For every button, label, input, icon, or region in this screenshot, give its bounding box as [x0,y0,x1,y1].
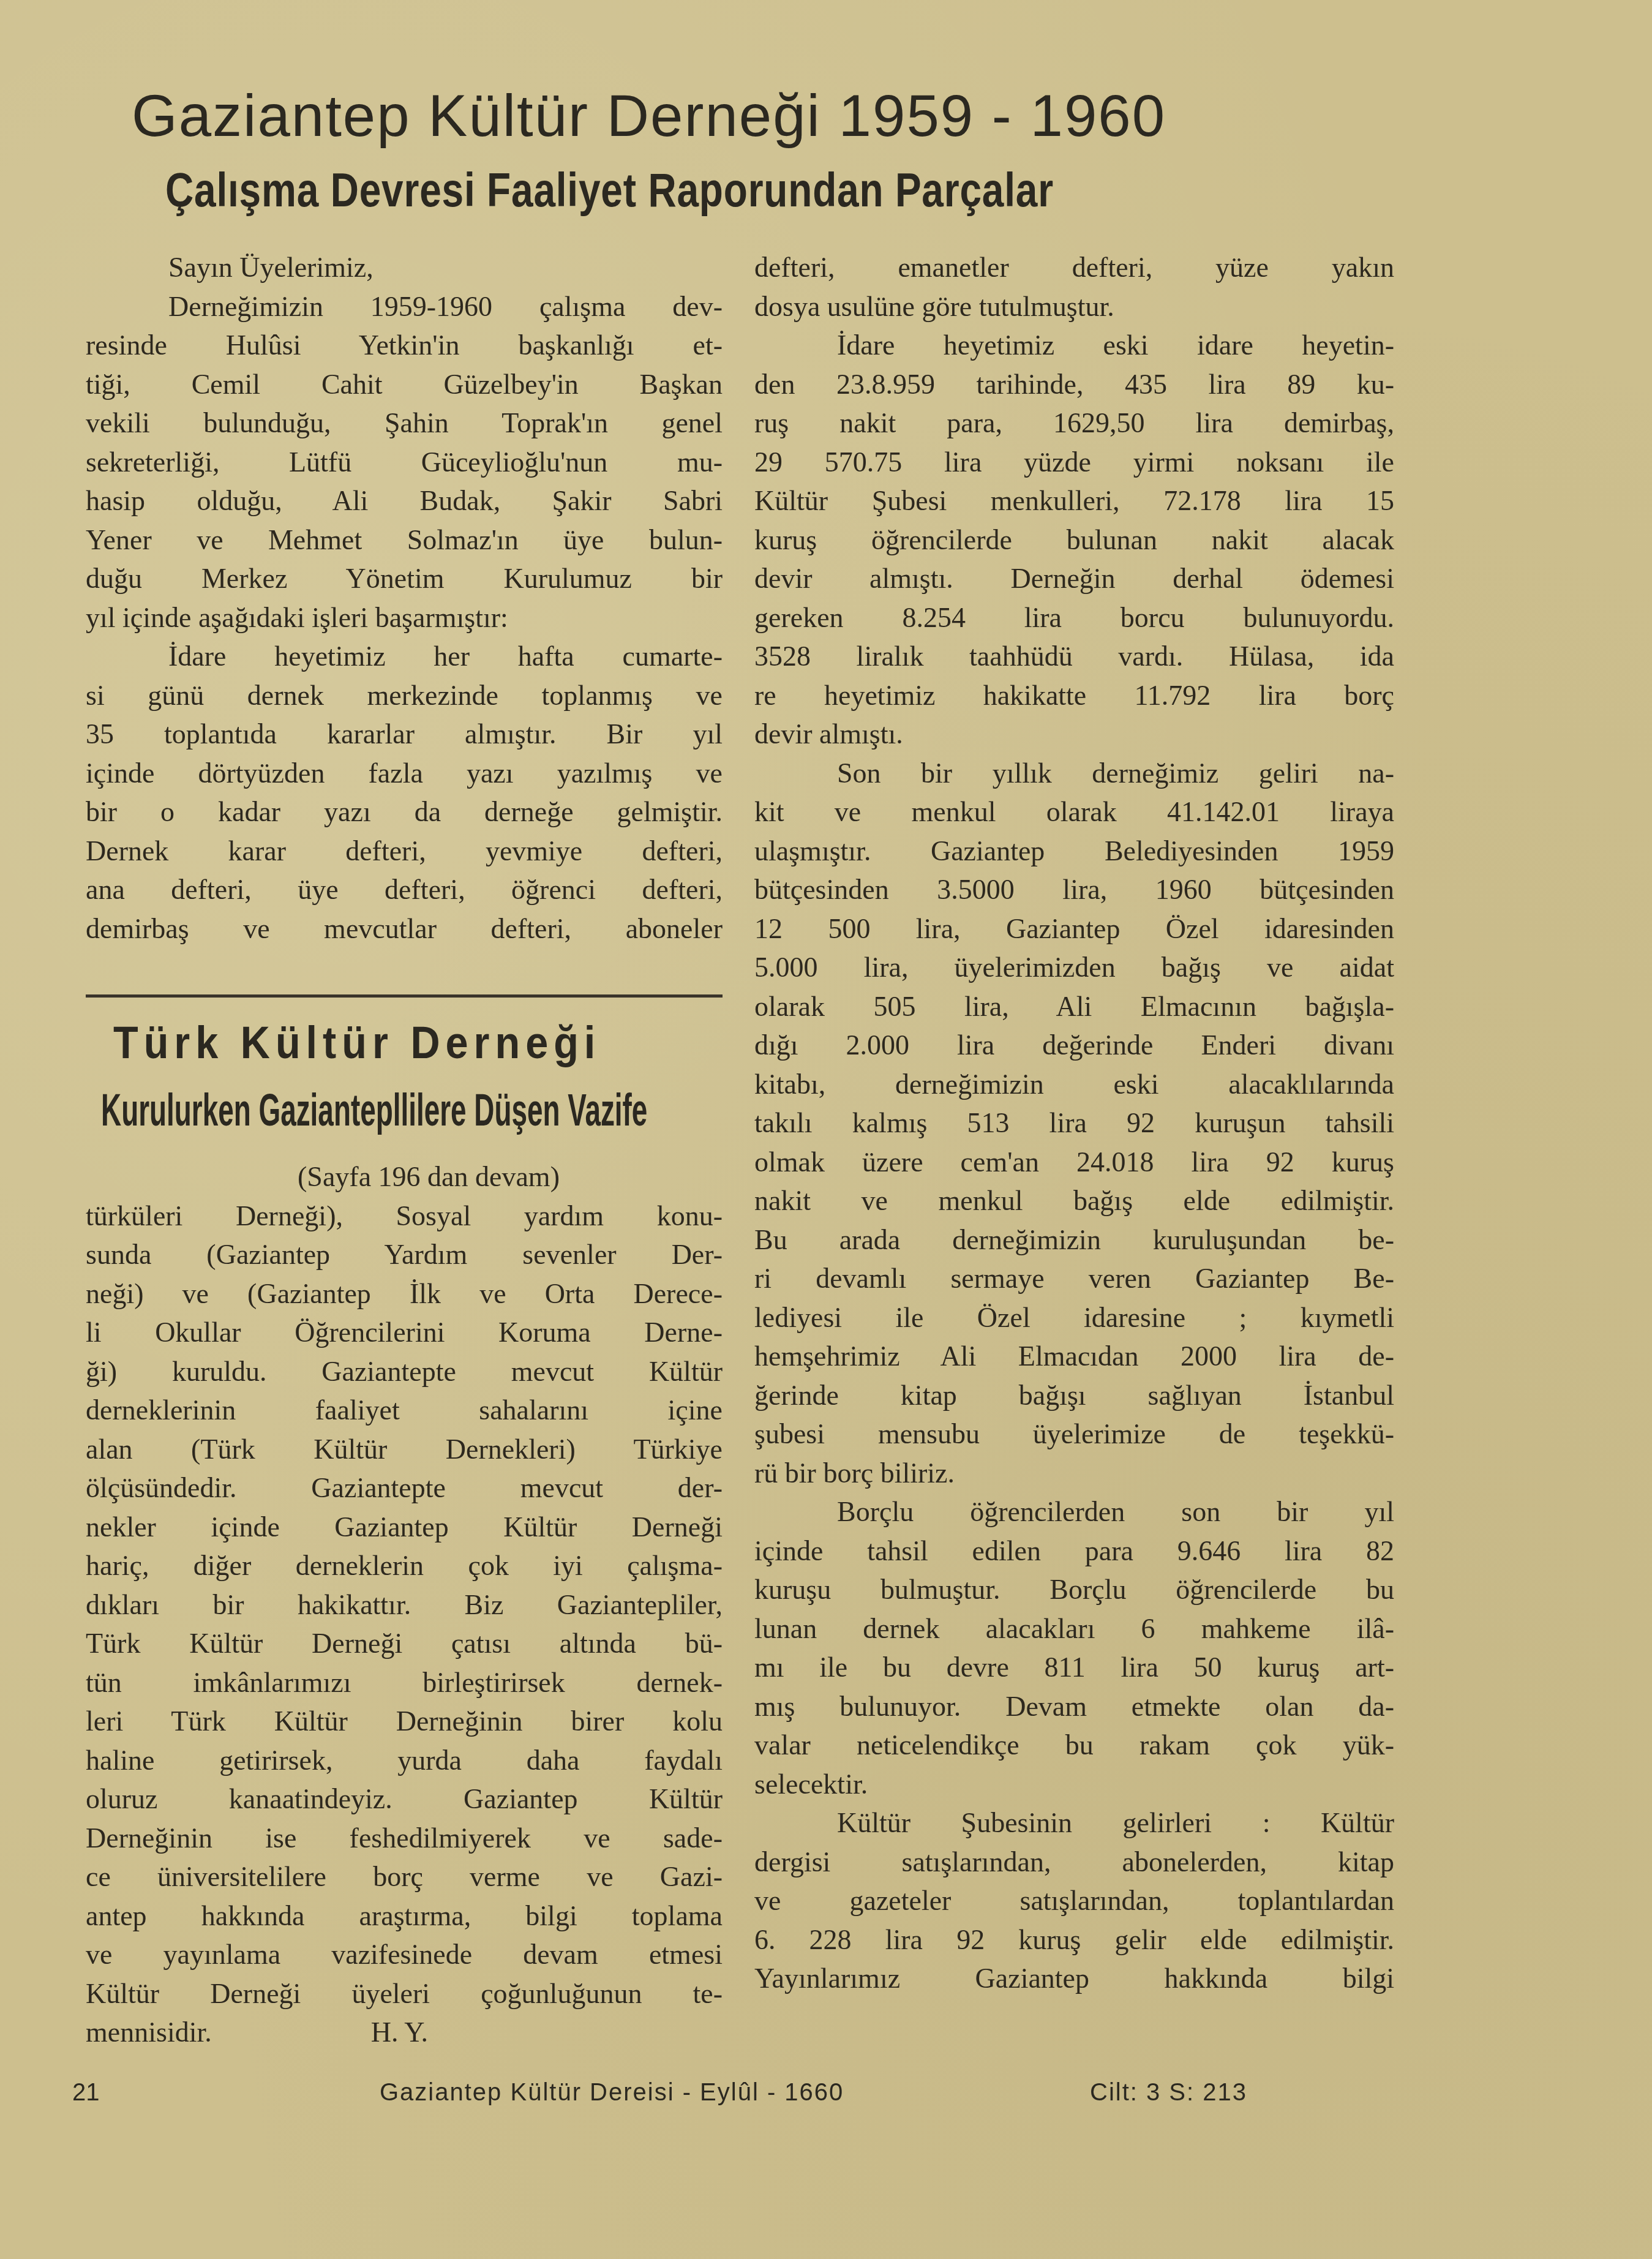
text-line: dığı 2.000 lira değerinde Enderi divanı [754,1026,1394,1065]
text-line: kitabı, derneğimizin eski alacaklılarınd… [754,1065,1394,1104]
text-line: lunan dernek alacakları 6 mahkeme ilâ- [754,1609,1394,1648]
text-line: dergisi satışlarından, abonelerden, kita… [754,1843,1394,1882]
article-subtitle: Kurulurken Gaziantepllilere Düşen Vazife [101,1084,519,1136]
text-line: Bu arada derneğimizin kuruluşundan be- [754,1220,1394,1260]
text-line: hariç, diğer derneklerin çok iyi çalışma… [86,1546,723,1585]
text-line: ce üniversitelilere borç verme ve Gazi- [86,1857,723,1896]
text-line: olmak üzere cem'an 24.018 lira 92 kuruş [754,1143,1394,1182]
text-line: defteri, emanetler defteri, yüze yakın [754,248,1394,287]
text-line: Borçlu öğrencilerden son bir yıl [754,1492,1394,1532]
text-line: li Okullar Öğrencilerini Koruma Derne- [86,1313,723,1352]
publication-line: Gaziantep Kültür Dereisi - Eylûl - 1660 [380,2079,844,2107]
text-line: ri devamlı sermaye veren Gaziantep Be- [754,1259,1394,1298]
text-line: yıl içinde aşağıdaki işleri başarmıştır: [86,598,723,637]
text-line: sekreterliği, Lütfü Güceylioğlu'nun mu- [86,443,723,482]
text-line: ulaşmıştır. Gaziantep Belediyesinden 195… [754,832,1394,871]
text-line: antep hakkında araştırma, bilgi toplama [86,1896,723,1936]
text-line: valar neticelendikçe bu rakam çok yük- [754,1726,1394,1765]
text-line: içinde tahsil edilen para 9.646 lira 82 [754,1532,1394,1571]
text-line: devir almıştı. [754,715,1394,754]
magazine-page: Gaziantep Kültür Derneği 1959 - 1960 Çal… [0,0,1652,2259]
text-line: duğu Merkez Yönetim Kurulumuz bir [86,559,723,598]
text-line: içinde dörtyüzden fazla yazı yazılmış ve [86,754,723,793]
text-line: nekler içinde Gaziantep Kültür Derneği [86,1508,723,1547]
text-line: tün imkânlarımızı birleştirirsek dernek- [86,1663,723,1702]
text-line: kuruş öğrencilerde bulunan nakit alacak [754,521,1394,560]
text-line: 3528 liralık taahhüdü vardı. Hülasa, ida [754,637,1394,676]
text-line: dıkları bir hakikattır. Biz Gazianteplil… [86,1585,723,1625]
text-line: Yener ve Mehmet Solmaz'ın üye bulun- [86,521,723,560]
author-signature: H. Y. [371,2013,428,2052]
text-line: den 23.8.959 tarihinde, 435 lira 89 ku- [754,365,1394,404]
text-line: Yayınlarımız Gaziantep hakkında bilgi [754,1959,1394,1998]
text-line: ana defteri, üye defteri, öğrenci defter… [86,870,723,909]
text-line: demirbaş ve mevcutlar defteri, aboneler [86,909,723,949]
masthead-title: Gaziantep Kültür Derneği 1959 - 1960 [132,83,1356,150]
text-line: tiği, Cemil Cahit Güzelbey'in Başkan [86,365,723,404]
article-body: (Sayfa 196 dan devam) türküleri Derneği)… [86,1157,723,2052]
text-line: şubesi mensubu üyelerimize de teşekkü- [754,1415,1394,1454]
text-line: mı ile bu devre 811 lira 50 kuruş art- [754,1648,1394,1687]
text-line: Kültür Şubesinin gelirleri : Kültür [754,1803,1394,1843]
text-line: leri Türk Kültür Derneğinin birer kolu [86,1702,723,1741]
text-line: Dernek karar defteri, yevmiye defteri, [86,832,723,871]
text-line: 29 570.75 lira yüzde yirmi noksanı ile [754,443,1394,482]
report-right-column: defteri, emanetler defteri, yüze yakındo… [754,248,1394,1998]
text-line: Derneğimizin 1959-1960 çalışma dev- [86,287,723,326]
text-line: nakit ve menkul bağış elde edilmiştir. [754,1181,1394,1220]
text-line: dosya usulüne göre tutulmuştur. [754,287,1394,326]
text-line: ği) kuruldu. Gaziantepte mevcut Kültür [86,1352,723,1391]
text-line: Derneğinin ise feshedilmiyerek ve sade- [86,1819,723,1858]
text-line: bir o kadar yazı da derneğe gelmiştir. [86,792,723,832]
text-line: alan (Türk Kültür Dernekleri) Türkiye [86,1430,723,1469]
section-divider [86,994,723,998]
text-line: Türk Kültür Derneği çatısı altında bü- [86,1624,723,1663]
text-line: Kültür Şubesi menkulleri, 72.178 lira 15 [754,481,1394,521]
text-line: olarak 505 lira, Ali Elmacının bağışla- [754,987,1394,1026]
text-line: ruş nakit para, 1629,50 lira demirbaş, [754,404,1394,443]
text-line: 6. 228 lira 92 kuruş gelir elde edilmişt… [754,1920,1394,1960]
report-left-column: Sayın Üyelerimiz,Derneğimizin 1959-1960 … [86,248,723,948]
text-line: İdare heyetimiz eski idare heyetin- [754,326,1394,365]
text-line: re heyetimiz hakikatte 11.792 lira borç [754,676,1394,715]
text-line: neği) ve (Gaziantep İlk ve Orta Derece- [86,1274,723,1314]
text-line: 35 toplantıda kararlar almıştır. Bir yıl [86,715,723,754]
text-line: oluruz kanaatindeyiz. Gaziantep Kültür [86,1780,723,1819]
text-line: kuruşu bulmuştur. Borçlu öğrencilerde bu [754,1570,1394,1609]
page-footer: 21 Gaziantep Kültür Dereisi - Eylûl - 16… [0,2079,1652,2116]
text-line: sunda (Gaziantep Yardım sevenler Der- [86,1235,723,1274]
text-line: Kültür Derneği üyeleri çoğunluğunun te- [86,1974,723,2013]
text-line: hasip olduğu, Ali Budak, Şakir Sabri [86,481,723,521]
text-line: Son bir yıllık derneğimiz geliri na- [754,754,1394,793]
text-line: vekili bulunduğu, Şahin Toprak'ın genel [86,404,723,443]
text-line: selecektir. [754,1765,1394,1804]
text-line: türküleri Derneği), Sosyal yardım konu- [86,1197,723,1236]
text-line: devir almıştı. Derneğin derhal ödemesi [754,559,1394,598]
text-line: Sayın Üyelerimiz, [86,248,723,287]
text-line: derneklerinin faaliyet sahalarını içine [86,1391,723,1430]
text-line: mış bulunuyor. Devam etmekte olan da- [754,1687,1394,1726]
continued-note: (Sayfa 196 dan devam) [86,1157,723,1197]
text-line: haline getirirsek, yurda daha faydalı [86,1741,723,1780]
text-line: kit ve menkul olarak 41.142.01 liraya [754,792,1394,832]
page-number: 21 [72,2079,100,2107]
text-line: ve gazeteler satışlarından, toplantılard… [754,1881,1394,1920]
text-line: hemşehrimiz Ali Elmacıdan 2000 lira de- [754,1337,1394,1376]
text-line: bütçesinden 3.5000 lira, 1960 bütçesinde… [754,870,1394,909]
text-line: ölçüsündedir. Gaziantepte mevcut der- [86,1468,723,1508]
article-final-line: mennisidir.H. Y. [86,2013,723,2052]
text-line: si günü dernek merkezinde toplanmış ve [86,676,723,715]
text-line: 12 500 lira, Gaziantep Özel idaresinden [754,909,1394,949]
text-line: ğerinde kitap bağışı sağlıyan İstanbul [754,1376,1394,1415]
volume-issue: Cilt: 3 S: 213 [1090,2079,1247,2107]
text-line: İdare heyetimiz her hafta cumarte- [86,637,723,676]
text-line: gereken 8.254 lira borcu bulunuyordu. [754,598,1394,637]
report-subtitle: Çalışma Devresi Faaliyet Raporundan Parç… [165,162,1119,218]
text-line: takılı kalmış 513 lira 92 kuruşun tahsil… [754,1103,1394,1143]
article-lines: türküleri Derneği), Sosyal yardım konu-s… [86,1197,723,2013]
text-line: rü bir borç biliriz. [754,1454,1394,1493]
article-title: Türk Kültür Derneği [113,1017,609,1069]
text-line: ve yayınlama vazifesinede devam etmesi [86,1935,723,1974]
text-line: 5.000 lira, üyelerimizden bağış ve aidat [754,948,1394,987]
text-line: resinde Hulûsi Yetkin'in başkanlığı et- [86,326,723,365]
text-line: lediyesi ile Özel idaresine ; kıymetli [754,1298,1394,1337]
final-text: mennisidir. [86,2017,212,2048]
